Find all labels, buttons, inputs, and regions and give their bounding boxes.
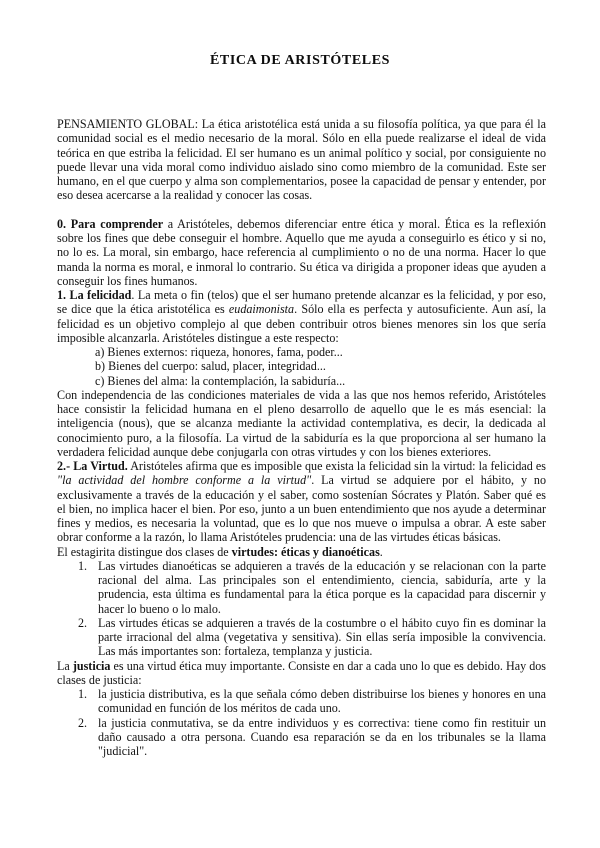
text-run: Con independencia de las condiciones mat…: [57, 388, 546, 459]
text-run: es una virtud ética muy importante. Cons…: [57, 659, 546, 687]
list-marker: 1.: [78, 687, 87, 701]
numbered-list-item: 2.la justicia conmutativa, se da entre i…: [57, 716, 546, 759]
text-run: virtudes: éticas y dianoéticas: [232, 545, 380, 559]
text-run: La: [57, 659, 73, 673]
document-body: PENSAMIENTO GLOBAL: La ética aristotélic…: [57, 117, 546, 758]
lettered-list-item: a) Bienes externos: riqueza, honores, fa…: [57, 345, 546, 359]
numbered-list-item: 1.la justicia distributiva, es la que se…: [57, 687, 546, 716]
paragraph-spacer: [57, 203, 546, 217]
text-run: .: [380, 545, 383, 559]
numbered-list-item: 2.Las virtudes éticas se adquieren a tra…: [57, 616, 546, 659]
lettered-list-item: b) Bienes del cuerpo: salud, placer, int…: [57, 359, 546, 373]
text-run: 2.- La Virtud.: [57, 459, 128, 473]
numbered-list-item: 1.Las virtudes dianoéticas se adquieren …: [57, 559, 546, 616]
paragraph: 1. La felicidad. La meta o fin (telos) q…: [57, 288, 546, 345]
text-run: justicia: [73, 659, 111, 673]
list-marker: 1.: [78, 559, 87, 573]
text-run: eudaimonista: [229, 302, 294, 316]
lettered-list-item: c) Bienes del alma: la contemplación, la…: [57, 374, 546, 388]
text-run: Aristóteles afirma que es imposible que …: [128, 459, 546, 473]
text-run: 1. La felicidad: [57, 288, 131, 302]
paragraph: 2.- La Virtud. Aristóteles afirma que es…: [57, 459, 546, 545]
text-run: El estagirita distingue dos clases de: [57, 545, 232, 559]
paragraph: El estagirita distingue dos clases de vi…: [57, 545, 546, 559]
text-run: PENSAMIENTO GLOBAL: La ética aristotélic…: [57, 117, 546, 202]
text-run: "la actividad del hombre conforme a la v…: [57, 473, 311, 487]
paragraph: 0. Para comprender a Aristóteles, debemo…: [57, 217, 546, 288]
list-marker: 2.: [78, 616, 87, 630]
paragraph: Con independencia de las condiciones mat…: [57, 388, 546, 459]
lettered-list: a) Bienes externos: riqueza, honores, fa…: [57, 345, 546, 388]
page-title: ÉTICA DE ARISTÓTELES: [0, 53, 600, 69]
text-run: la justicia distributiva, es la que seña…: [98, 687, 546, 715]
text-run: 0. Para comprender: [57, 217, 163, 231]
document-page: ÉTICA DE ARISTÓTELES PENSAMIENTO GLOBAL:…: [0, 0, 600, 848]
paragraph: PENSAMIENTO GLOBAL: La ética aristotélic…: [57, 117, 546, 203]
list-marker: 2.: [78, 716, 87, 730]
paragraph: La justicia es una virtud ética muy impo…: [57, 659, 546, 688]
text-run: Las virtudes dianoéticas se adquieren a …: [98, 559, 546, 616]
text-run: Las virtudes éticas se adquieren a travé…: [98, 616, 546, 659]
text-run: la justicia conmutativa, se da entre ind…: [98, 716, 546, 759]
